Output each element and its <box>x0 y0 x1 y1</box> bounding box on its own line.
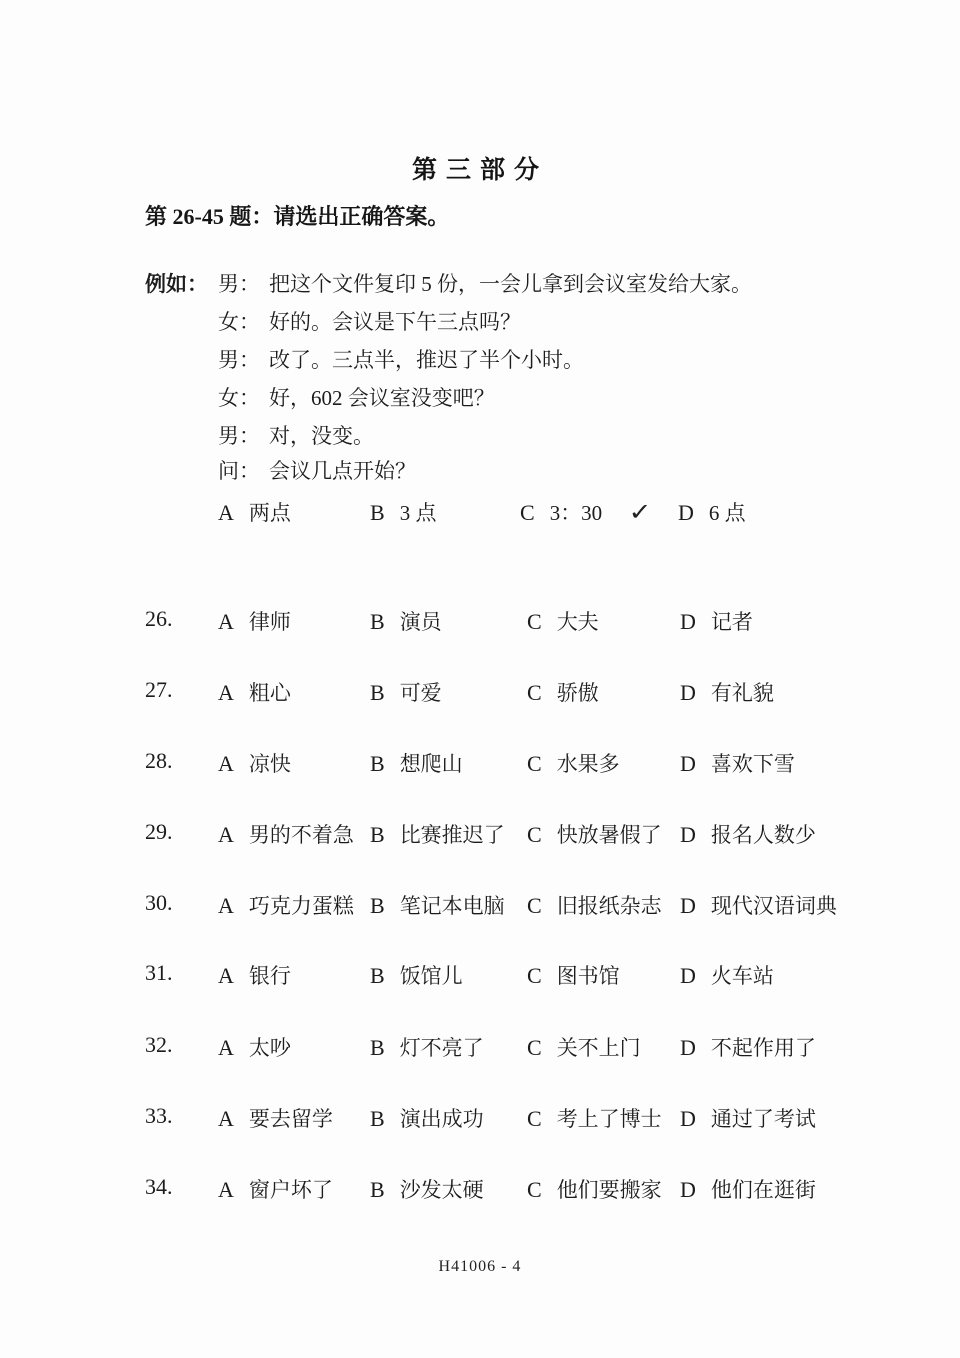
option-c: C骄傲 <box>527 677 599 707</box>
option-c: C快放暑假了 <box>527 819 662 849</box>
option-d: D喜欢下雪 <box>680 748 795 778</box>
option-letter: A <box>218 500 234 526</box>
option-letter: A <box>218 822 234 848</box>
dialogue-text: 好，602 会议室没变吧？ <box>269 386 495 410</box>
section-title: 第三部分 <box>0 150 960 186</box>
option-letter: D <box>680 893 696 919</box>
option-text: 想爬山 <box>400 752 463 776</box>
option-letter: D <box>680 680 696 706</box>
example-dialogue-line: 问：会议几点开始？ <box>218 455 416 485</box>
option-letter: D <box>680 1177 696 1203</box>
dialogue-speaker: 女： <box>218 310 260 334</box>
dialogue-text: 把这个文件复印 5 份，一会儿拿到会议室发给大家。 <box>269 272 752 296</box>
dialogue-speaker: 女： <box>218 386 260 410</box>
option-letter: C <box>527 963 542 989</box>
option-letter: D <box>680 609 696 635</box>
option-c: C旧报纸杂志 <box>527 890 662 920</box>
option-b: B笔记本电脑 <box>370 890 505 920</box>
question-row-30: 30. A巧克力蛋糕 B笔记本电脑 C旧报纸杂志 D现代汉语词典 <box>0 890 960 924</box>
option-letter: C <box>527 1177 542 1203</box>
option-c: C他们要搬家 <box>527 1174 662 1204</box>
example-dialogue-line: 男：对，没变。 <box>218 420 374 450</box>
option-text: 水果多 <box>557 752 620 776</box>
option-letter: A <box>218 963 234 989</box>
example-option-a: A两点 <box>218 497 291 527</box>
option-a: A巧克力蛋糕 <box>218 890 354 920</box>
option-text: 通过了考试 <box>711 1107 816 1131</box>
option-b: B演员 <box>370 606 442 636</box>
question-number: 33. <box>145 1103 173 1129</box>
option-b: B演出成功 <box>370 1103 484 1133</box>
option-text: 男的不着急 <box>249 823 354 847</box>
option-letter: A <box>218 1106 234 1132</box>
option-b: B灯不亮了 <box>370 1032 484 1062</box>
dialogue-text: 改了。三点半，推迟了半个小时。 <box>269 348 584 372</box>
option-text: 律师 <box>249 610 291 634</box>
question-row-26: 26. A律师 B演员 C大夫 D记者 <box>0 606 960 640</box>
dialogue-speaker: 男： <box>218 424 260 448</box>
option-b: B沙发太硬 <box>370 1174 484 1204</box>
option-a: A太吵 <box>218 1032 291 1062</box>
example-dialogue-line: 男：把这个文件复印 5 份，一会儿拿到会议室发给大家。 <box>218 268 752 298</box>
example-dialogue-line: 女：好的。会议是下午三点吗？ <box>218 306 521 336</box>
option-letter: D <box>678 500 694 526</box>
option-text: 两点 <box>249 501 291 525</box>
correct-answer-checkmark-icon: ✓ <box>629 498 652 527</box>
option-text: 3 点 <box>400 501 437 525</box>
option-text: 图书馆 <box>557 964 620 988</box>
option-text: 火车站 <box>711 964 774 988</box>
option-b: B可爱 <box>370 677 442 707</box>
option-letter: B <box>370 1035 385 1061</box>
option-d: D报名人数少 <box>680 819 816 849</box>
option-a: A窗户坏了 <box>218 1174 333 1204</box>
option-letter: A <box>218 1177 234 1203</box>
option-text: 快放暑假了 <box>557 823 662 847</box>
question-number: 29. <box>145 819 173 845</box>
option-text: 报名人数少 <box>711 823 816 847</box>
option-a: A银行 <box>218 960 291 990</box>
option-letter: D <box>680 1035 696 1061</box>
option-text: 可爱 <box>400 681 442 705</box>
option-letter: A <box>218 893 234 919</box>
option-a: A律师 <box>218 606 291 636</box>
question-row-27: 27. A粗心 B可爱 C骄傲 D有礼貌 <box>0 677 960 711</box>
option-text: 骄傲 <box>557 681 599 705</box>
option-letter: C <box>527 1035 542 1061</box>
option-text: 灯不亮了 <box>400 1036 484 1060</box>
option-a: A要去留学 <box>218 1103 333 1133</box>
option-letter: C <box>527 1106 542 1132</box>
question-row-34: 34. A窗户坏了 B沙发太硬 C他们要搬家 D他们在逛街 <box>0 1174 960 1208</box>
question-row-31: 31. A银行 B饭馆儿 C图书馆 D火车站 <box>0 960 960 994</box>
option-text: 现代汉语词典 <box>711 894 837 918</box>
section-instruction: 第 26-45 题：请选出正确答案。 <box>145 200 449 231</box>
option-text: 凉快 <box>249 752 291 776</box>
option-letter: A <box>218 751 234 777</box>
option-letter: B <box>370 963 385 989</box>
option-letter: D <box>680 963 696 989</box>
option-a: A粗心 <box>218 677 291 707</box>
option-a: A凉快 <box>218 748 291 778</box>
example-option-c: C3：30✓ <box>520 497 650 527</box>
option-letter: C <box>527 609 542 635</box>
option-letter: D <box>680 822 696 848</box>
option-d: D通过了考试 <box>680 1103 816 1133</box>
dialogue-speaker: 男： <box>218 272 260 296</box>
option-letter: C <box>520 500 535 526</box>
dialogue-text: 好的。会议是下午三点吗？ <box>269 310 521 334</box>
option-b: B想爬山 <box>370 748 463 778</box>
option-text: 粗心 <box>249 681 291 705</box>
option-text: 记者 <box>711 610 753 634</box>
dialogue-text: 对，没变。 <box>269 424 374 448</box>
option-a: A男的不着急 <box>218 819 354 849</box>
example-option-d: D6 点 <box>678 497 746 527</box>
question-row-28: 28. A凉快 B想爬山 C水果多 D喜欢下雪 <box>0 748 960 782</box>
option-text: 喜欢下雪 <box>711 752 795 776</box>
question-number: 26. <box>145 606 173 632</box>
option-text: 饭馆儿 <box>400 964 463 988</box>
option-text: 他们要搬家 <box>557 1178 662 1202</box>
option-c: C关不上门 <box>527 1032 641 1062</box>
option-text: 太吵 <box>249 1036 291 1060</box>
option-letter: C <box>527 893 542 919</box>
option-text: 比赛推迟了 <box>400 823 505 847</box>
option-d: D现代汉语词典 <box>680 890 837 920</box>
question-row-33: 33. A要去留学 B演出成功 C考上了博士 D通过了考试 <box>0 1103 960 1137</box>
option-letter: C <box>527 822 542 848</box>
option-letter: C <box>527 680 542 706</box>
question-row-29: 29. A男的不着急 B比赛推迟了 C快放暑假了 D报名人数少 <box>0 819 960 853</box>
option-letter: B <box>370 609 385 635</box>
option-d: D火车站 <box>680 960 774 990</box>
option-b: B比赛推迟了 <box>370 819 505 849</box>
question-number: 30. <box>145 890 173 916</box>
option-text: 考上了博士 <box>557 1107 662 1131</box>
option-d: D他们在逛街 <box>680 1174 816 1204</box>
option-text: 有礼貌 <box>711 681 774 705</box>
option-d: D记者 <box>680 606 753 636</box>
option-letter: D <box>680 1106 696 1132</box>
option-text: 大夫 <box>557 610 599 634</box>
option-c: C水果多 <box>527 748 620 778</box>
option-letter: B <box>370 822 385 848</box>
option-text: 他们在逛街 <box>711 1178 816 1202</box>
option-letter: A <box>218 609 234 635</box>
option-c: C图书馆 <box>527 960 620 990</box>
question-number: 28. <box>145 748 173 774</box>
question-number: 32. <box>145 1032 173 1058</box>
example-options-row: A两点 B3 点 C3：30✓ D6 点 <box>0 497 960 529</box>
option-letter: B <box>370 500 385 526</box>
option-text: 旧报纸杂志 <box>557 894 662 918</box>
option-letter: A <box>218 680 234 706</box>
option-letter: B <box>370 1177 385 1203</box>
option-text: 6 点 <box>709 501 746 525</box>
option-text: 3：30 <box>550 501 603 525</box>
option-c: C考上了博士 <box>527 1103 662 1133</box>
option-text: 演员 <box>400 610 442 634</box>
option-text: 笔记本电脑 <box>400 894 505 918</box>
question-number: 31. <box>145 960 173 986</box>
option-d: D不起作用了 <box>680 1032 816 1062</box>
option-text: 巧克力蛋糕 <box>249 894 354 918</box>
example-dialogue-line: 女：好，602 会议室没变吧？ <box>218 382 495 412</box>
dialogue-speaker: 问： <box>218 459 260 483</box>
dialogue-speaker: 男： <box>218 348 260 372</box>
option-b: B饭馆儿 <box>370 960 463 990</box>
option-letter: B <box>370 751 385 777</box>
option-letter: B <box>370 1106 385 1132</box>
page-footer-code: H41006 - 4 <box>0 1258 960 1276</box>
option-d: D有礼貌 <box>680 677 774 707</box>
option-text: 演出成功 <box>400 1107 484 1131</box>
option-letter: C <box>527 751 542 777</box>
option-text: 不起作用了 <box>711 1036 816 1060</box>
option-text: 沙发太硬 <box>400 1178 484 1202</box>
option-text: 窗户坏了 <box>249 1178 333 1202</box>
exam-page: 第三部分 第 26-45 题：请选出正确答案。 例如： 男：把这个文件复印 5 … <box>0 0 960 1358</box>
option-text: 银行 <box>249 964 291 988</box>
option-letter: D <box>680 751 696 777</box>
question-number: 27. <box>145 677 173 703</box>
example-option-b: B3 点 <box>370 497 436 527</box>
option-letter: A <box>218 1035 234 1061</box>
example-dialogue-line: 男：改了。三点半，推迟了半个小时。 <box>218 344 584 374</box>
question-number: 34. <box>145 1174 173 1200</box>
option-letter: B <box>370 680 385 706</box>
option-text: 关不上门 <box>557 1036 641 1060</box>
question-row-32: 32. A太吵 B灯不亮了 C关不上门 D不起作用了 <box>0 1032 960 1066</box>
option-text: 要去留学 <box>249 1107 333 1131</box>
option-c: C大夫 <box>527 606 599 636</box>
example-label: 例如： <box>145 268 208 298</box>
option-letter: B <box>370 893 385 919</box>
dialogue-text: 会议几点开始？ <box>269 459 416 483</box>
